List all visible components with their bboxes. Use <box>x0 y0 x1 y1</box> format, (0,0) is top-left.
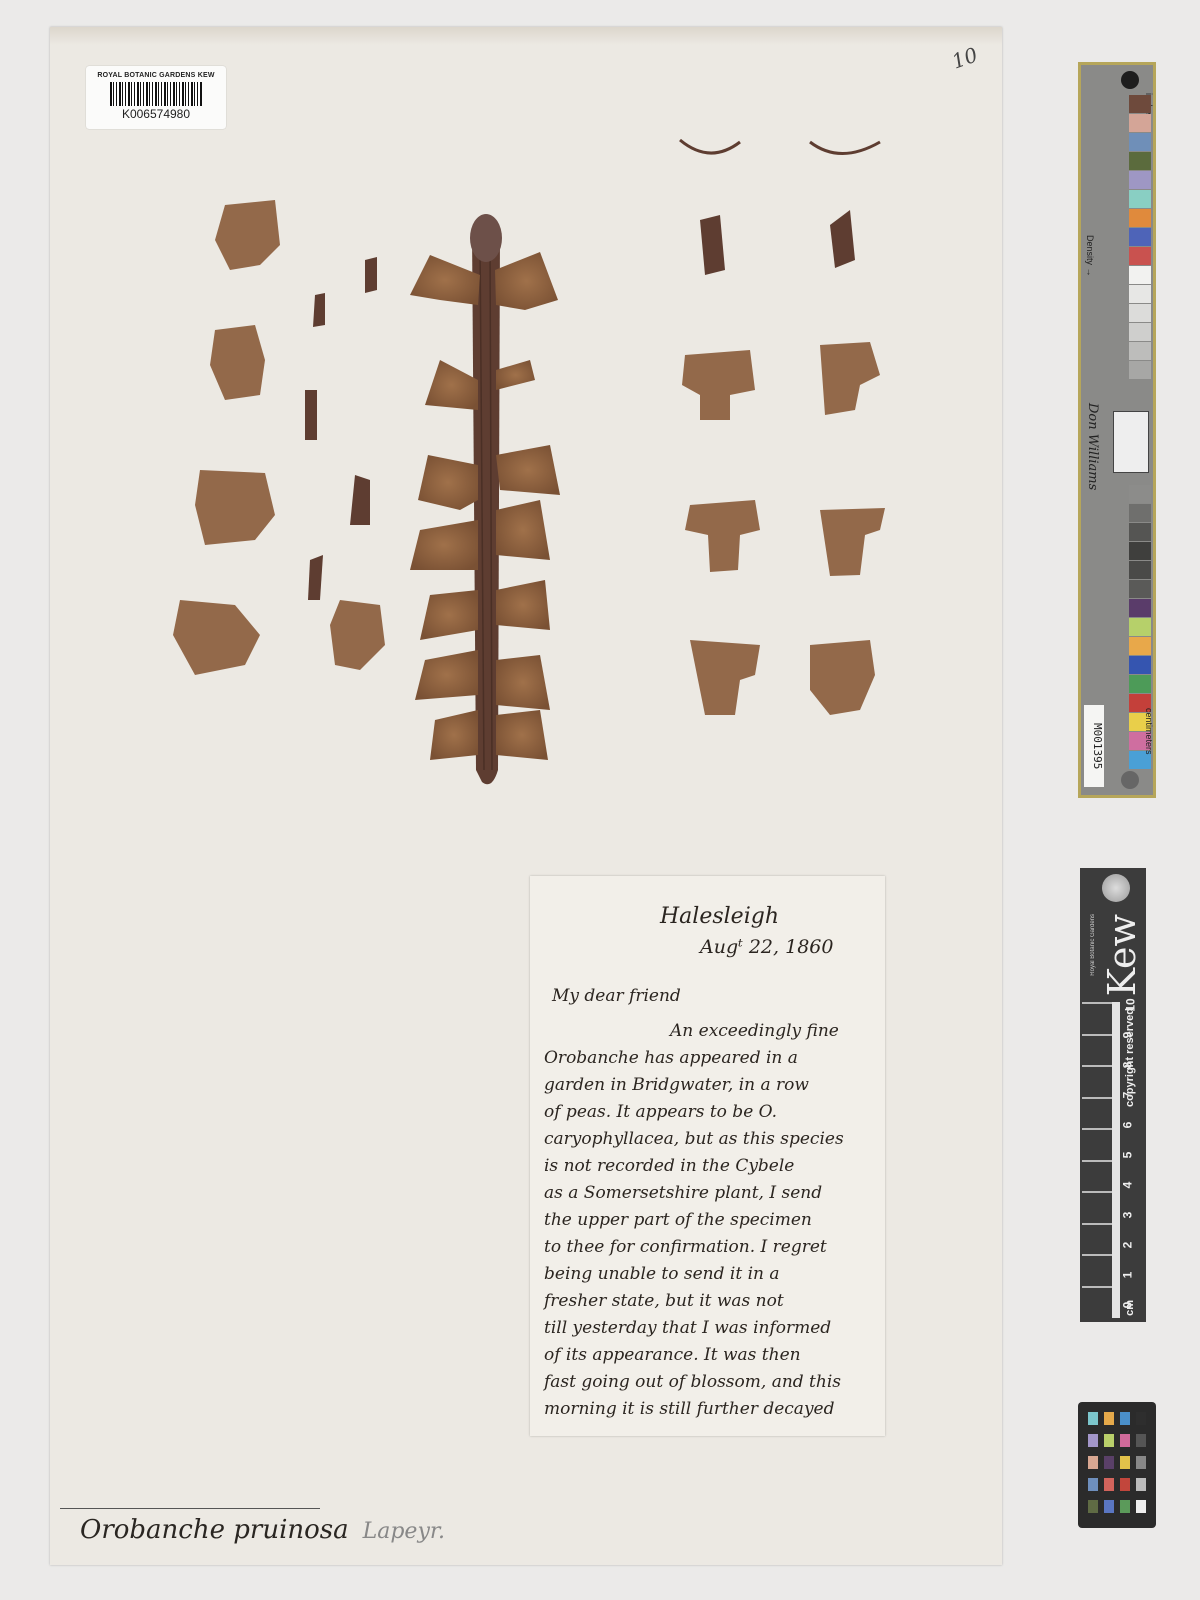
ruler-segment <box>1082 1097 1112 1129</box>
checker-patch <box>1104 1500 1114 1513</box>
letter-line: garden in Bridgwater, in a row <box>544 1075 809 1095</box>
color-swatch <box>1129 542 1151 560</box>
determination-label: Orobanche pruinosaLapeyr. <box>80 1515 445 1545</box>
cm-ruler <box>1082 1002 1120 1318</box>
checker-patch <box>1136 1412 1146 1425</box>
letter-line: morning it is still further decayed <box>544 1399 835 1419</box>
checker-patch <box>1088 1456 1098 1469</box>
owner-label: Don Williams <box>1085 403 1100 490</box>
registration-dot <box>1121 71 1139 89</box>
checker-patch <box>1120 1478 1130 1491</box>
ruler-segment <box>1082 1191 1112 1223</box>
color-swatch <box>1129 675 1151 693</box>
resolution-target <box>1113 411 1149 473</box>
ruler-segment <box>1082 1034 1112 1066</box>
letter-line: of its appearance. It was then <box>544 1345 801 1365</box>
letter-line: fast going out of blossom, and this <box>544 1372 841 1392</box>
color-swatch <box>1129 504 1151 522</box>
checker-patch <box>1088 1478 1098 1491</box>
cm-label: cm <box>1124 1300 1136 1316</box>
checker-patch <box>1120 1456 1130 1469</box>
letter-line: to thee for confirmation. I regret <box>544 1237 827 1257</box>
ruler-segment <box>1082 1286 1112 1318</box>
checker-patch <box>1104 1456 1114 1469</box>
color-swatch <box>1129 133 1151 151</box>
color-swatch <box>1129 228 1151 246</box>
color-swatch <box>1129 114 1151 132</box>
ruler-segment <box>1082 1254 1112 1286</box>
checker-patch <box>1104 1478 1114 1491</box>
letter-line: is not recorded in the Cybele <box>544 1156 794 1176</box>
color-swatch <box>1129 190 1151 208</box>
color-calibration-bar: inches Density → Don Williams M001395 ce… <box>1078 62 1156 798</box>
letter-date: Augᵗ 22, 1860 <box>700 936 833 958</box>
letter-line: An exceedingly fine <box>670 1021 839 1041</box>
color-swatch <box>1129 637 1151 655</box>
checker-patch <box>1104 1412 1114 1425</box>
letter-line: caryophyllacea, but as this species <box>544 1129 844 1149</box>
kew-crest-icon <box>1102 874 1130 902</box>
ruler-segment <box>1082 1002 1112 1034</box>
ruler-tick-label: 9 <box>1120 1032 1134 1039</box>
kew-brand-small: Royal Botanic Gardens <box>1090 914 1096 976</box>
color-swatch <box>1129 523 1151 541</box>
ruler-tick-label: 7 <box>1120 1092 1134 1099</box>
ruler-tick-label: 2 <box>1120 1242 1134 1249</box>
color-swatch <box>1129 342 1151 360</box>
letter-line: My dear friend <box>552 986 681 1006</box>
checker-patch <box>1088 1500 1098 1513</box>
checker-patch <box>1136 1456 1146 1469</box>
checker-patch <box>1088 1434 1098 1447</box>
color-swatch <box>1129 561 1151 579</box>
determination-rule <box>60 1508 320 1509</box>
letter-place: Halesleigh <box>660 904 779 929</box>
checker-patch <box>1104 1434 1114 1447</box>
kew-logo: Kew <box>1100 914 1144 996</box>
color-swatch <box>1129 95 1151 113</box>
colorbar-code: M001395 <box>1084 705 1104 787</box>
ruler-tick-label: 3 <box>1120 1212 1134 1219</box>
letter-line: being unable to send it in a <box>544 1264 780 1284</box>
color-swatch <box>1129 266 1151 284</box>
color-swatch <box>1129 361 1151 379</box>
letter-line: fresher state, but it was not <box>544 1291 784 1311</box>
taxon-author: Lapeyr. <box>363 1519 445 1544</box>
ruler-segment <box>1082 1128 1112 1160</box>
letter-line: as a Somersetshire plant, I send <box>544 1183 822 1203</box>
color-swatch <box>1129 171 1151 189</box>
ruler-tick-label: 1 <box>1120 1272 1134 1279</box>
specimen-spike <box>400 210 580 800</box>
registration-dot <box>1121 771 1139 789</box>
ruler-tick-label: 5 <box>1120 1152 1134 1159</box>
color-swatch <box>1129 599 1151 617</box>
color-swatches-top <box>1129 95 1151 380</box>
color-swatch <box>1129 209 1151 227</box>
color-swatch <box>1129 656 1151 674</box>
barcode-number: K006574980 <box>86 107 226 121</box>
letter-line: Orobanche has appeared in a <box>544 1048 798 1068</box>
kew-scale-bar: Royal Botanic Gardens Kew copyright rese… <box>1080 868 1146 1322</box>
barcode <box>110 82 202 106</box>
letter-line: of peas. It appears to be O. <box>544 1102 777 1122</box>
ruler-tick-label: 6 <box>1120 1122 1134 1129</box>
color-swatch <box>1129 618 1151 636</box>
color-checker-card <box>1078 1402 1156 1528</box>
color-swatch <box>1129 304 1151 322</box>
dissected-flowers-right <box>670 130 900 730</box>
ruler-tick-label: 10 <box>1124 998 1138 1011</box>
taxon-name: Orobanche pruinosa <box>80 1515 349 1545</box>
color-swatch <box>1129 580 1151 598</box>
ruler-tick-label: 4 <box>1120 1182 1134 1189</box>
color-swatch <box>1129 323 1151 341</box>
color-swatch <box>1129 247 1151 265</box>
checker-patch <box>1088 1412 1098 1425</box>
color-swatch <box>1129 152 1151 170</box>
ruler-segment <box>1082 1160 1112 1192</box>
density-label: Density → <box>1085 235 1095 277</box>
checker-patch <box>1120 1412 1130 1425</box>
checker-patch <box>1120 1500 1130 1513</box>
color-swatch <box>1129 485 1151 503</box>
dissected-flowers-left <box>165 195 395 685</box>
color-swatch <box>1129 285 1151 303</box>
checker-patch <box>1120 1434 1130 1447</box>
barcode-label: ROYAL BOTANIC GARDENS KEW K006574980 <box>86 66 226 129</box>
institution-name: ROYAL BOTANIC GARDENS KEW <box>86 72 226 79</box>
accompanying-letter: Halesleigh Augᵗ 22, 1860 My dear friend … <box>530 876 885 1436</box>
centimeters-label: centimeters <box>1144 708 1154 755</box>
ruler-segment <box>1082 1065 1112 1097</box>
letter-line: till yesterday that I was informed <box>544 1318 831 1338</box>
checker-patch <box>1136 1500 1146 1513</box>
letter-line: the upper part of the specimen <box>544 1210 812 1230</box>
ruler-tick-label: 8 <box>1120 1062 1134 1069</box>
checker-patch <box>1136 1434 1146 1447</box>
ruler-segment <box>1082 1223 1112 1255</box>
checker-patch <box>1136 1478 1146 1491</box>
